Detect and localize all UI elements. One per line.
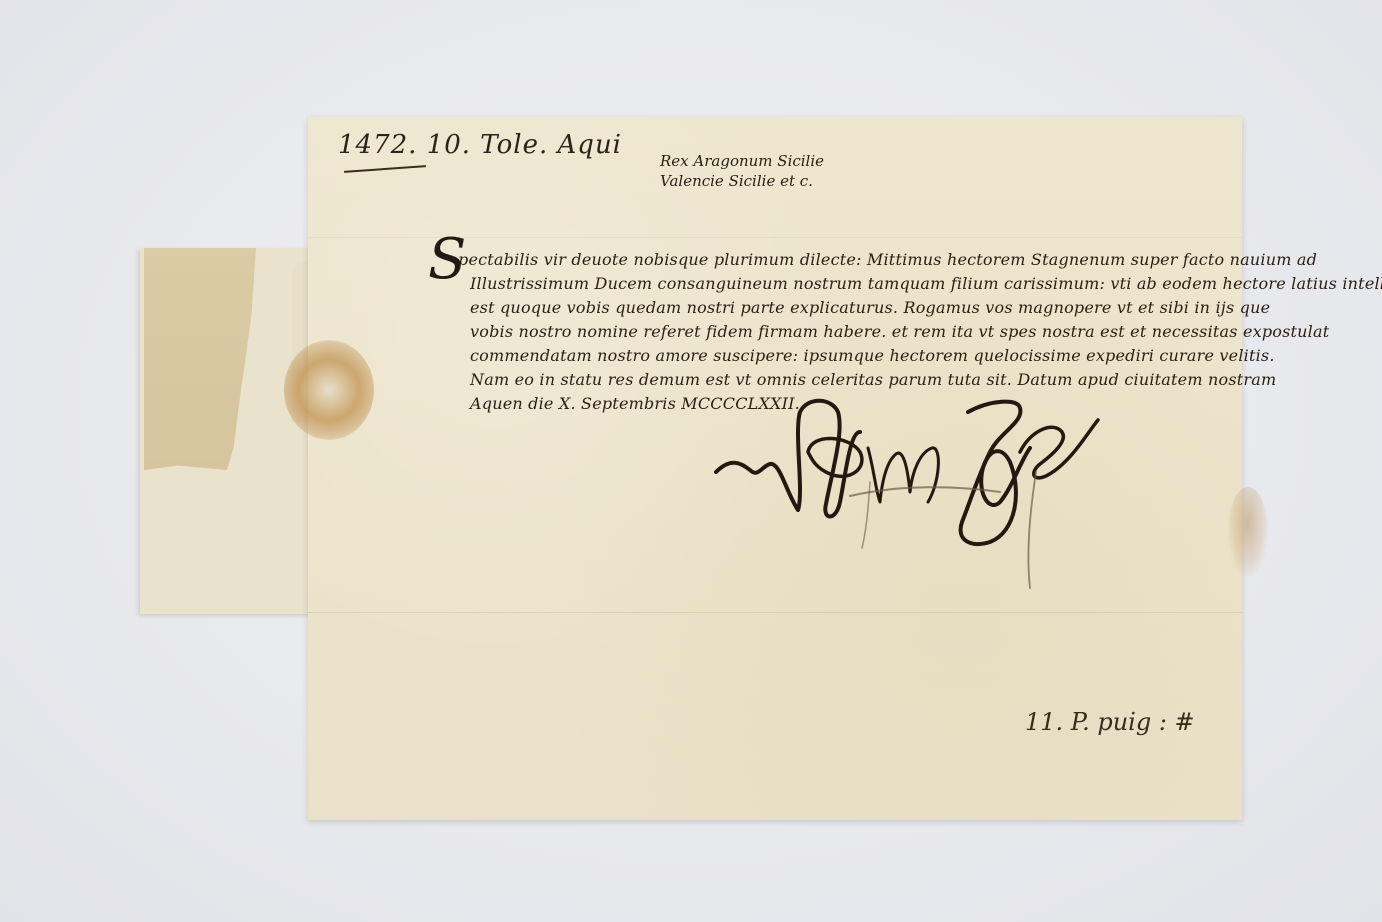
body-line-3: est quoque vobis quedam nostri parte exp… [470, 298, 1270, 317]
seal-stain [284, 340, 374, 440]
letter-heading-line-2: Valencie Sicilie et c. [660, 172, 813, 190]
royal-signature [700, 392, 1120, 632]
body-line-1: pectabilis vir deuote nobisque plurimum … [458, 250, 1317, 269]
body-line-2: Illustrissimum Ducem consanguineum nostr… [470, 274, 1382, 293]
ink-stain [1228, 487, 1268, 577]
archival-note: 1472. 10. Tole. Aqui [338, 130, 622, 160]
body-line-4: vobis nostro nomine referet fidem firmam… [470, 322, 1329, 341]
flap-stain [144, 248, 256, 470]
body-line-6: Nam eo in statu res demum est vt omnis c… [470, 370, 1276, 389]
bottom-annotation: 11. P. puig : # [1025, 708, 1195, 736]
body-line-5: commendatam nostro amore suscipere: ipsu… [470, 346, 1275, 365]
letter-heading-line-1: Rex Aragonum Sicilie [660, 152, 824, 170]
